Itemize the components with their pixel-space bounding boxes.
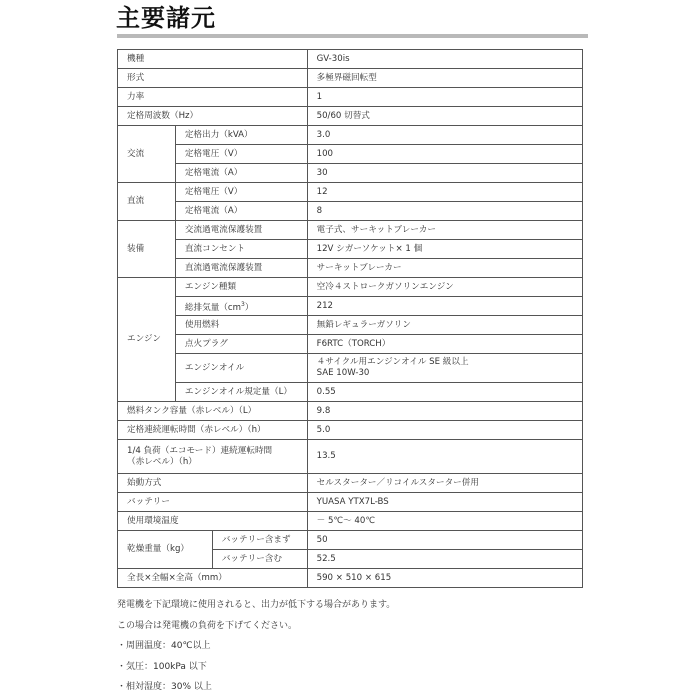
group-label-ac: 交流 <box>118 126 176 183</box>
spec-label: バッテリー <box>118 493 308 512</box>
spec-value: セルスターター／リコイルスターター併用 <box>307 474 582 493</box>
table-row: 直流過電流保護装置 サーキットブレーカー <box>118 259 583 278</box>
table-row: エンジンオイル ４サイクル用エンジンオイル SE 級以上SAE 10W-30 <box>118 354 583 383</box>
spec-label: 総排気量（cm3） <box>175 297 307 316</box>
table-row: 使用燃料 無鉛レギュラーガソリン <box>118 316 583 335</box>
spec-label: エンジン種類 <box>175 278 307 297</box>
spec-value: 5.0 <box>307 421 582 440</box>
note-text: 発電機を下記環境に使用されると、出力が低下する場合があります。 <box>117 598 395 619</box>
table-row: 始動方式 セルスターター／リコイルスターター併用 <box>118 474 583 493</box>
notes-section: 発電機を下記環境に使用されると、出力が低下する場合があります。 この場合は発電機… <box>117 598 395 700</box>
spec-label: 機種 <box>118 50 308 69</box>
table-row: エンジンオイル規定量（L） 0.55 <box>118 383 583 402</box>
table-row: エンジン エンジン種類 空冷４ストロークガソリンエンジン <box>118 278 583 297</box>
spec-label: バッテリー含む <box>212 550 307 569</box>
table-row: 直流コンセント 12V シガーソケット× 1 個 <box>118 240 583 259</box>
table-row: 定格電流（A） 8 <box>118 202 583 221</box>
table-row: 乾燥重量（kg） バッテリー含まず 50 <box>118 531 583 550</box>
spec-value: 212 <box>307 297 582 316</box>
spec-value: F6RTC（TORCH） <box>307 335 582 354</box>
spec-table: 機種 GV-30is 形式 多極界磁回転型 力率 1 定格周波数（Hz） 50/… <box>117 49 583 588</box>
spec-value: 8 <box>307 202 582 221</box>
table-row: 機種 GV-30is <box>118 50 583 69</box>
spec-value: 3.0 <box>307 126 582 145</box>
table-row: 定格電流（A） 30 <box>118 164 583 183</box>
spec-value: 0.55 <box>307 383 582 402</box>
spec-value: GV-30is <box>307 50 582 69</box>
spec-label: 定格電流（A） <box>175 164 307 183</box>
spec-label: 使用環境温度 <box>118 512 308 531</box>
spec-value: － 5℃～ 40℃ <box>307 512 582 531</box>
spec-label: 燃料タンク容量（赤レベル）（L） <box>118 402 308 421</box>
spec-value: 電子式、サーキットブレーカー <box>307 221 582 240</box>
spec-value: ４サイクル用エンジンオイル SE 級以上SAE 10W-30 <box>307 354 582 383</box>
note-bullet: ・周囲温度：40℃以上 <box>117 639 395 660</box>
spec-label: 直流コンセント <box>175 240 307 259</box>
table-row: 形式 多極界磁回転型 <box>118 69 583 88</box>
title-underline <box>117 34 588 38</box>
table-row: 装備 交流過電流保護装置 電子式、サーキットブレーカー <box>118 221 583 240</box>
spec-label: 始動方式 <box>118 474 308 493</box>
spec-value: 12V シガーソケット× 1 個 <box>307 240 582 259</box>
table-row: 1/4 負荷（エコモード）連続運転時間（赤レベル）（h） 13.5 <box>118 440 583 474</box>
group-label-equipment: 装備 <box>118 221 176 278</box>
spec-label: 定格電流（A） <box>175 202 307 221</box>
spec-label: 定格出力（kVA） <box>175 126 307 145</box>
table-row: 点火プラグ F6RTC（TORCH） <box>118 335 583 354</box>
note-bullet: ・気圧：100kPa 以下 <box>117 660 395 681</box>
table-row: 定格電圧（V） 100 <box>118 145 583 164</box>
spec-label: 全長×全幅×全高（mm） <box>118 569 308 588</box>
spec-label: 定格電圧（V） <box>175 145 307 164</box>
spec-value: 空冷４ストロークガソリンエンジン <box>307 278 582 297</box>
spec-label: 点火プラグ <box>175 335 307 354</box>
note-bullet: ・相対湿度：30% 以上 <box>117 680 395 700</box>
spec-value: 多極界磁回転型 <box>307 69 582 88</box>
spec-value: 12 <box>307 183 582 202</box>
table-row: 全長×全幅×全高（mm） 590 × 510 × 615 <box>118 569 583 588</box>
note-text: この場合は発電機の負荷を下げてください。 <box>117 619 395 640</box>
table-row: バッテリー YUASA YTX7L-BS <box>118 493 583 512</box>
table-row: 直流 定格電圧（V） 12 <box>118 183 583 202</box>
group-label-engine: エンジン <box>118 278 176 402</box>
spec-label: 定格周波数（Hz） <box>118 107 308 126</box>
spec-value: 1 <box>307 88 582 107</box>
table-row: 総排気量（cm3） 212 <box>118 297 583 316</box>
table-row: 力率 1 <box>118 88 583 107</box>
spec-value: 無鉛レギュラーガソリン <box>307 316 582 335</box>
spec-value: 590 × 510 × 615 <box>307 569 582 588</box>
spec-label: 力率 <box>118 88 308 107</box>
spec-label: 交流過電流保護装置 <box>175 221 307 240</box>
spec-value: 100 <box>307 145 582 164</box>
group-label-dry-weight: 乾燥重量（kg） <box>118 531 213 569</box>
spec-label: 定格連続運転時間（赤レベル）（h） <box>118 421 308 440</box>
spec-value: 50/60 切替式 <box>307 107 582 126</box>
spec-label: エンジンオイル <box>175 354 307 383</box>
spec-label: 1/4 負荷（エコモード）連続運転時間（赤レベル）（h） <box>118 440 308 474</box>
spec-value: YUASA YTX7L-BS <box>307 493 582 512</box>
spec-value: 9.8 <box>307 402 582 421</box>
table-row: 燃料タンク容量（赤レベル）（L） 9.8 <box>118 402 583 421</box>
group-label-dc: 直流 <box>118 183 176 221</box>
page-title: 主要諸元 <box>116 3 216 33</box>
spec-label: バッテリー含まず <box>212 531 307 550</box>
spec-value: 52.5 <box>307 550 582 569</box>
spec-label: 直流過電流保護装置 <box>175 259 307 278</box>
table-row: 定格周波数（Hz） 50/60 切替式 <box>118 107 583 126</box>
spec-value: 50 <box>307 531 582 550</box>
spec-label: 定格電圧（V） <box>175 183 307 202</box>
spec-label: 使用燃料 <box>175 316 307 335</box>
spec-label: エンジンオイル規定量（L） <box>175 383 307 402</box>
table-row: 交流 定格出力（kVA） 3.0 <box>118 126 583 145</box>
spec-value: サーキットブレーカー <box>307 259 582 278</box>
table-row: 使用環境温度 － 5℃～ 40℃ <box>118 512 583 531</box>
spec-value: 30 <box>307 164 582 183</box>
spec-label: 形式 <box>118 69 308 88</box>
spec-value: 13.5 <box>307 440 582 474</box>
table-row: 定格連続運転時間（赤レベル）（h） 5.0 <box>118 421 583 440</box>
